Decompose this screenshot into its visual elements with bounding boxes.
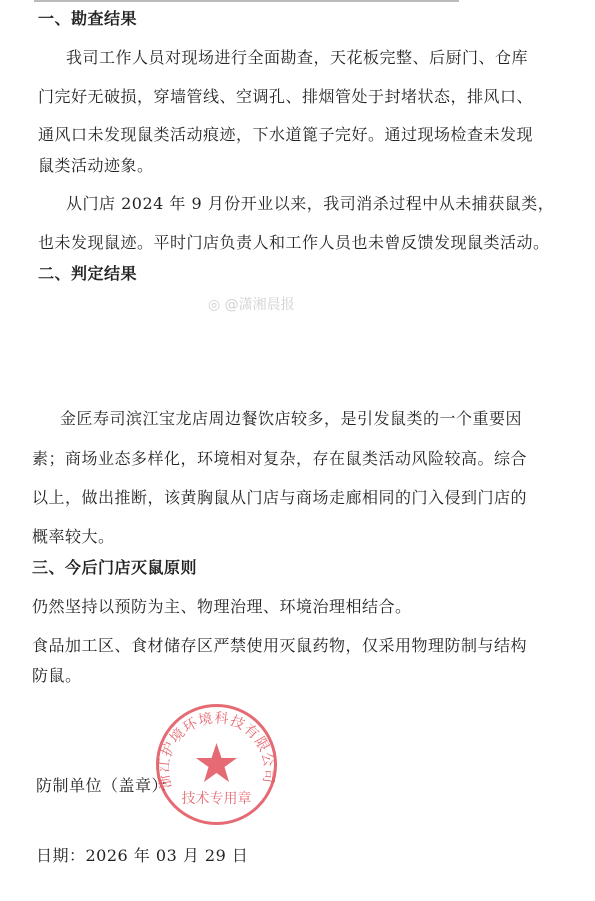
weibo-icon: ◎	[208, 297, 225, 313]
section2-para-line4: 概率较大。	[32, 529, 115, 545]
watermark-text: @潇湘晨报	[225, 297, 295, 313]
stamp-bottom-text: 技术专用章	[182, 790, 252, 807]
section2-para-line3: 以上，做出推断，该黄胸鼠从门店与商场走廊相同的门入侵到门店的	[32, 490, 527, 506]
section1-para1-line2: 门完好无破损，穿墙管线、空调孔、排烟管处于封堵状态，排风口、	[38, 89, 533, 105]
section1-para2-line2: 也未发现鼠迹。平时门店负责人和工作人员也未曾反馈发现鼠类活动。	[38, 235, 550, 251]
section3-line1: 仍然坚持以预防为主、物理治理、环境治理相结合。	[32, 599, 412, 615]
section1-para1-line3: 通风口未发现鼠类活动痕迹，下水道篦子完好。通过现场检查未发现	[38, 127, 533, 143]
section3-heading: 三、今后门店灭鼠原则	[32, 560, 197, 576]
section1-para2-line1: 从门店 2024 年 9 月份开业以来，我司消杀过程中从未捕获鼠类，	[66, 196, 554, 212]
company-seal-stamp: 浙江护境环境科技有限公司 技术专用章	[155, 703, 278, 826]
page-top-border	[34, 0, 459, 2]
section1-heading: 一、勘查结果	[38, 11, 137, 27]
section1-para1-line4: 鼠类活动迹象。	[38, 158, 154, 174]
section3-line2: 食品加工区、食材储存区严禁使用灭鼠药物，仅采用物理防制与结构	[32, 638, 527, 654]
section2-para-line1: 金匠寿司滨江宝龙店周边餐饮店较多，是引发鼠类的一个重要因	[60, 411, 522, 427]
weibo-watermark: ◎ @潇湘晨报	[208, 294, 295, 314]
section3-line3: 防鼠。	[32, 668, 82, 684]
section2-heading: 二、判定结果	[38, 266, 137, 282]
signature-date: 日期：2026 年 03 月 29 日	[36, 848, 248, 864]
star-icon	[196, 743, 237, 782]
section2-para-line2: 素；商场业态多样化，环境相对复杂，存在鼠类活动风险较高。综合	[32, 451, 527, 467]
section1-para1-line1: 我司工作人员对现场进行全面勘查，天花板完整、后厨门、仓库	[66, 50, 528, 66]
